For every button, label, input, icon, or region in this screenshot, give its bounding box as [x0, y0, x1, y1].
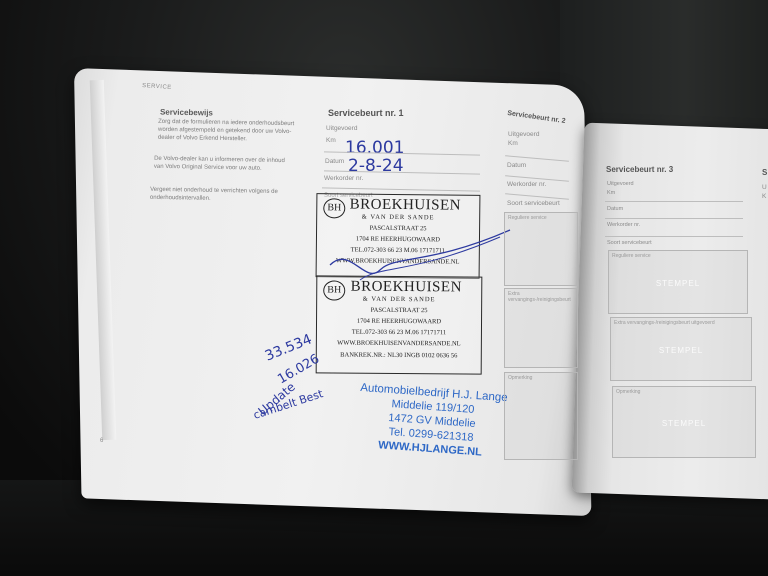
service-3-extra-box: Extra vervangings-/reinigingsbeurt uitge… — [610, 317, 752, 381]
dealer-logo-icon: BH — [323, 198, 345, 218]
service-3-workorder-rule — [605, 236, 743, 237]
service-2-regular-label: Reguliere service — [508, 215, 547, 221]
service-3-regular-label: Reguliere service — [612, 253, 651, 259]
service-3-title: Servicebeurt nr. 3 — [606, 165, 673, 174]
service-3-date-rule — [605, 218, 743, 219]
service-2-remark-label: Opmerking — [508, 375, 532, 381]
intro-title: Servicebewijs — [160, 108, 213, 118]
service-2-remark-box: Opmerking — [504, 372, 578, 460]
dealer-bank: BANKREK.NR.: NL30 INGB 0102 0636 56 — [317, 351, 481, 359]
service-3-extra-label: Extra vervangings-/reinigingsbeurt uitge… — [614, 320, 715, 326]
service-3-km-rule — [605, 201, 743, 202]
service-4-performed-partial: U — [762, 184, 767, 191]
signature-stroke-icon — [320, 225, 520, 295]
service-3-type-label: Soort servicebeurt — [607, 240, 652, 246]
intro-paragraph-1: Zorg dat de formulieren na iedere onderh… — [158, 118, 298, 144]
service-2-type-label: Soort servicebeurt — [507, 200, 560, 207]
service-2-regular-box: Reguliere service — [504, 212, 578, 286]
service-3-regular-stamp-placeholder: STEMPEL — [609, 279, 747, 288]
dealer-website: WWW.BROEKHUISENVANDERSANDE.NL — [317, 339, 481, 347]
service-1-workorder-label: Werkorder nr. — [324, 175, 363, 182]
service-2-performed-label: Uitgevoerd — [508, 131, 539, 138]
service-2-extra-box: Extra vervangings-/reinigingsbeurt — [504, 288, 578, 368]
service-2-km-label: Km — [508, 140, 518, 147]
service-2-workorder-label: Werkorder nr. — [507, 181, 546, 188]
service-1-date-label: Datum — [325, 158, 344, 165]
service-1-performed-label: Uitgevoerd — [326, 125, 357, 132]
dealer-city: 1704 RE HEERHUGOWAARD — [317, 317, 481, 325]
service-4-title-partial: S — [762, 168, 767, 177]
service-2-date-label: Datum — [507, 162, 526, 169]
service-3-extra-stamp-placeholder: STEMPEL — [611, 346, 751, 355]
service-1-km-value: 16.001 — [345, 138, 404, 158]
service-3-km-label: Km — [607, 190, 615, 196]
service-2-extra-label: Extra vervangings-/reinigingsbeurt — [508, 291, 577, 303]
service-4-km-partial: K — [762, 193, 766, 200]
service-3-regular-box: Reguliere service STEMPEL — [608, 250, 748, 314]
service-1-date-value: 2-8-24 — [348, 156, 404, 176]
service-3-date-label: Datum — [607, 206, 623, 212]
intro-paragraph-3: Vergeet niet onderhoud te verrichten vol… — [150, 186, 290, 204]
garage-stamp: Automobielbedrijf H.J. Lange Middelie 11… — [350, 381, 514, 462]
service-3-performed-label: Uitgevoerd — [607, 181, 634, 187]
page-number: 6 — [100, 438, 103, 444]
service-3-remark-label: Opmerking — [616, 389, 640, 395]
dealer-phone: TEL.072-303 66 23 M.06 17171711 — [317, 328, 481, 336]
intro-paragraph-2: De Volvo-dealer kan u informeren over de… — [154, 155, 294, 173]
service-3-workorder-label: Werkorder nr. — [607, 222, 640, 228]
service-1-km-label: Km — [326, 137, 336, 144]
dealer-street: PASCALSTRAAT 25 — [317, 306, 481, 314]
service-3-remark-stamp-placeholder: STEMPEL — [613, 419, 755, 428]
service-1-title: Servicebeurt nr. 1 — [328, 108, 404, 118]
service-3-remark-box: Opmerking STEMPEL — [612, 386, 756, 458]
